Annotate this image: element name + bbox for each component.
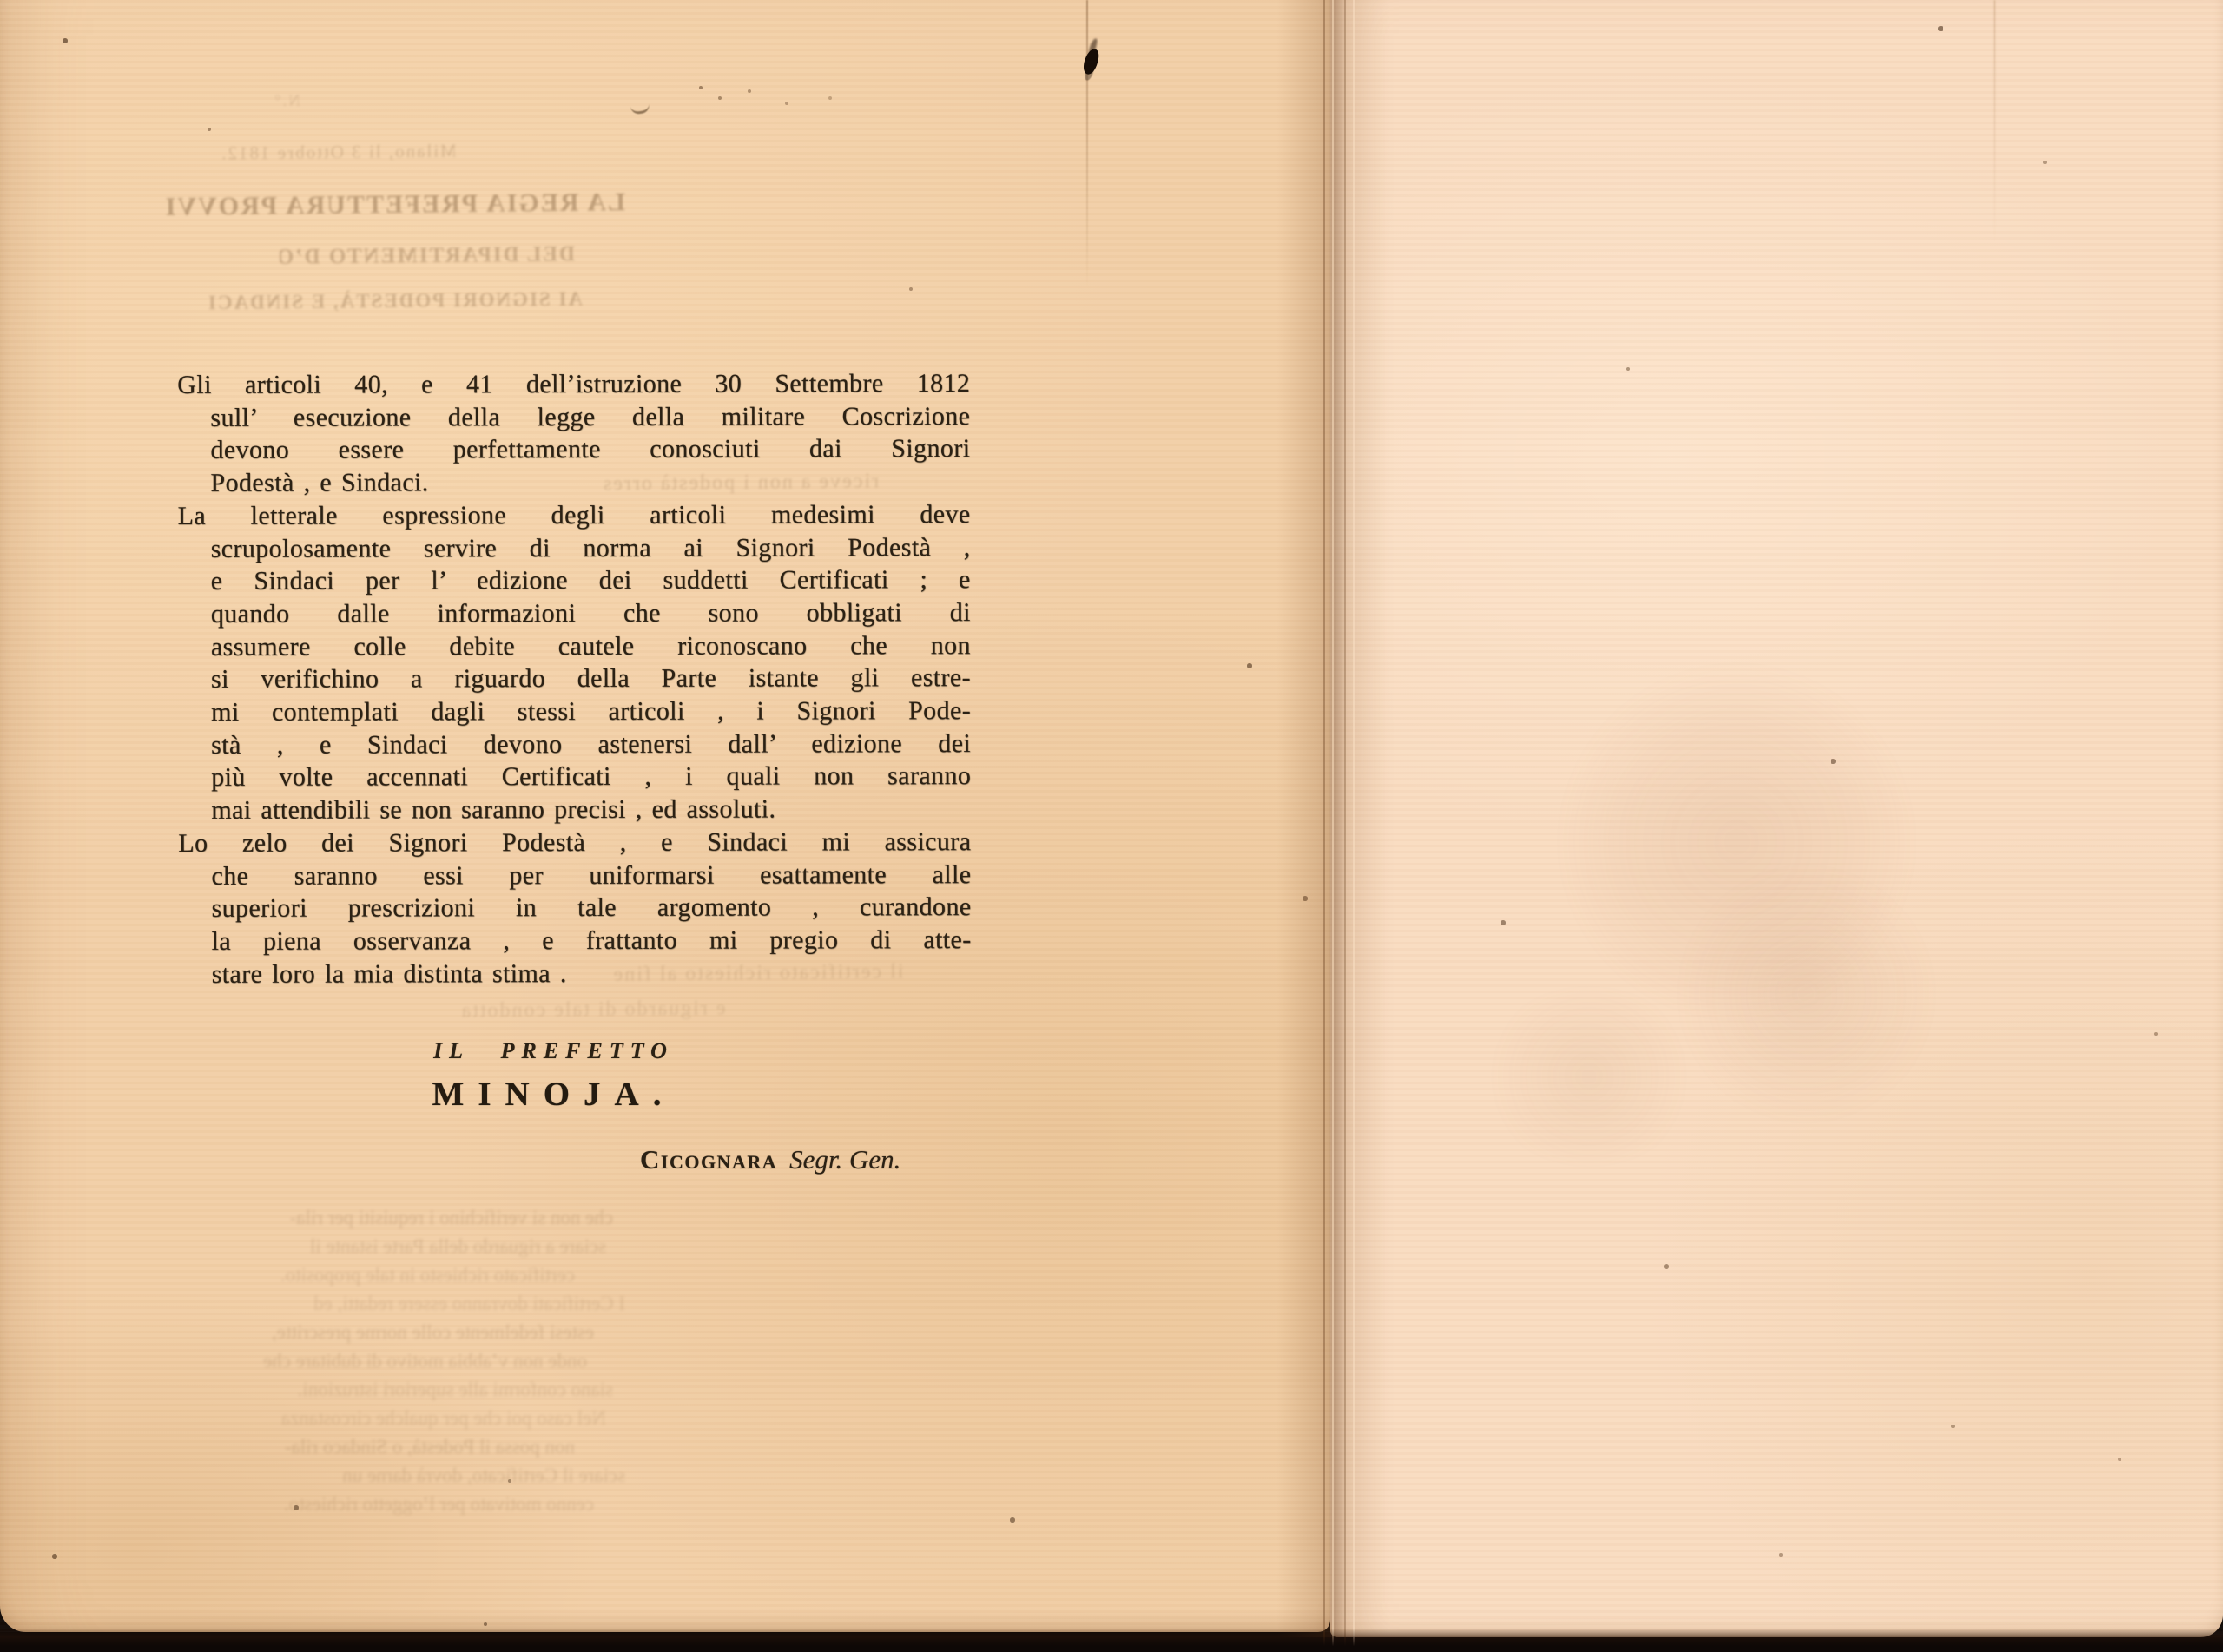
ink-blotch	[1082, 48, 1101, 76]
prefect-title: IL PREFETTO	[139, 1038, 968, 1064]
text-line: Gli articoli 40, e 41 dell’istruzione 30…	[177, 367, 970, 402]
text-line: si verifichino a riguardo della Parte is…	[178, 661, 971, 696]
ghost-line: AI SIGNORI PODESTÀ, E SINDACI	[201, 288, 588, 315]
ghost-line: sciare a riguardo della Parte istante il	[149, 1232, 606, 1260]
text-line: mai attendibili se non saranno precisi ,…	[178, 793, 971, 827]
ghost-line: LA REGIA PREFETTURA PROVVISORIA	[165, 188, 625, 222]
scanned-document-spread: N.°Milano, li 3 Ottobre 1812.LA REGIA PR…	[0, 0, 2223, 1652]
ghost-line: sciare il Certificato, dovrà darne un	[149, 1461, 625, 1490]
ghost-line: Nel caso poi che per qualche circostanza	[149, 1404, 606, 1432]
text-line: sull’ esecuzione della legge della milit…	[177, 400, 970, 435]
document-body-text: Gli articoli 40, e 41 dell’istruzione 30…	[177, 367, 971, 991]
prefect-name: MINOJA.	[139, 1075, 968, 1114]
text-line: la piena osservanza , e frattanto mi pre…	[179, 924, 972, 958]
ghost-fragment: e riguardo di tale condotta	[352, 996, 834, 1024]
ghost-line: DEL DIPARTIMENTO D’OLONA	[280, 242, 575, 270]
text-line: mi contemplati dagli stessi articoli , i…	[178, 694, 971, 729]
text-line: Lo zelo dei Signori Podestà , e Sindaci …	[178, 826, 971, 860]
ghost-line: certificato richiesto in tale proposito.	[137, 1260, 575, 1289]
text-line: che saranno essi per uniformarsi esattam…	[178, 859, 971, 893]
page-edge-line	[1353, 0, 1355, 1652]
text-line: La letterale espressione degli articoli …	[178, 498, 971, 533]
paper-specks	[0, 0, 2, 2]
page-edge-line	[1323, 0, 1325, 1652]
paper-texture	[1330, 0, 2223, 1637]
right-page-blank	[1330, 0, 2223, 1637]
ghost-line: che non si verifichino i requisiti per r…	[137, 1203, 613, 1232]
ghost-line: Milano, li 3 Ottobre 1812.	[201, 140, 475, 164]
scanner-bed-edge	[0, 1629, 2223, 1652]
ghost-line: cenno motivato per l’oggetto richiesto.	[137, 1490, 594, 1518]
text-line: superiori prescrizioni in tale argomento…	[179, 891, 972, 925]
pen-mark	[630, 100, 650, 115]
secretary-title: Segr. Gen.	[789, 1144, 900, 1175]
text-line: assumere colle debite cautele riconoscan…	[178, 629, 971, 664]
page-edge-line	[1332, 0, 1334, 1652]
left-page: N.°Milano, li 3 Ottobre 1812.LA REGIA PR…	[0, 0, 1330, 1632]
ghost-line: N.°	[221, 91, 352, 112]
ghost-line: non possa il Podestà, o Sindaco rila-	[137, 1432, 575, 1461]
ghost-line: siano conformi alle superiori istruzioni…	[137, 1375, 613, 1404]
paper-crease	[1994, 0, 1995, 243]
text-line: più volte accennati Certificati , i qual…	[178, 760, 971, 794]
text-line: quando dalle informazioni che sono obbli…	[178, 596, 971, 631]
ghost-line: I Certificati dovranno essere redatti, e…	[149, 1289, 625, 1318]
text-line: devono essere perfettamente conosciuti d…	[177, 432, 970, 467]
text-line: scrupolosamente servire di norma ai Sign…	[178, 531, 971, 566]
secretary-line: CicognaraSegr. Gen.	[640, 1144, 900, 1175]
ghost-fragment: il certificato richiesto al fine	[577, 960, 938, 987]
text-line: stà , e Sindaci devono astenersi dall’ e…	[178, 727, 971, 762]
secretary-name: Cicognara	[640, 1144, 777, 1175]
ghost-line: estesi fedelmente colle norme prescritte…	[137, 1318, 594, 1346]
ghost-fragment: riceve a non i podestà orres	[512, 469, 968, 497]
text-line: e Sindaci per l’ edizione dei suddetti C…	[178, 563, 971, 598]
page-edge-line	[1344, 0, 1346, 1652]
paper-crease	[1086, 0, 1088, 286]
ghost-line: onde non v’abbia motivo di dubitare che	[149, 1346, 587, 1375]
